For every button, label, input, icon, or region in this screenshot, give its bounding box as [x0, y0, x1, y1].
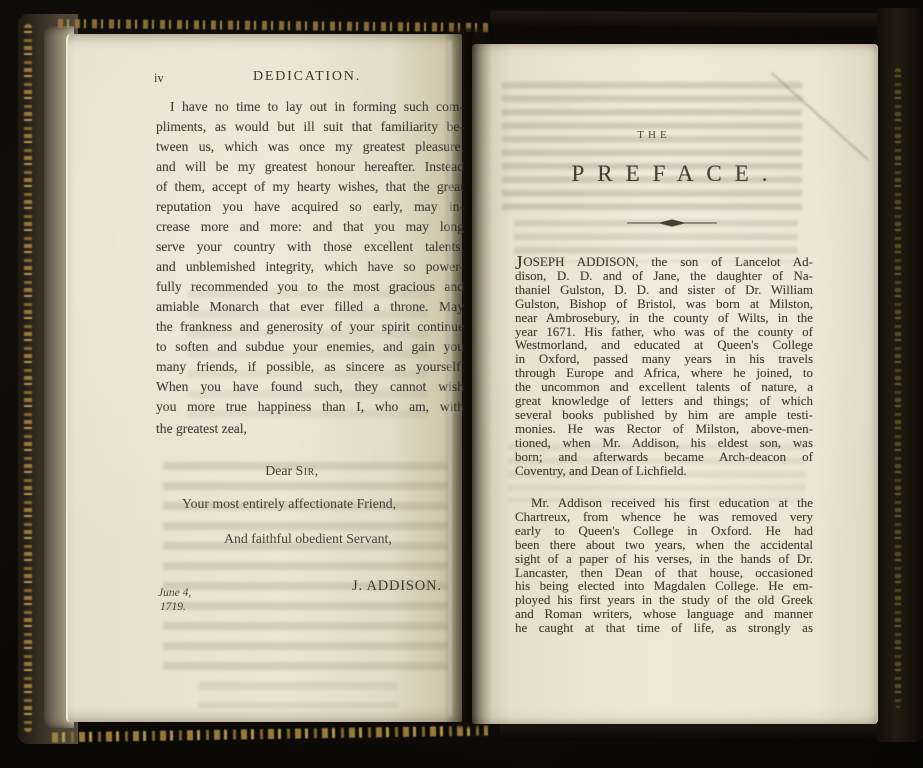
signature: J. ADDISON. — [352, 578, 442, 595]
page-showthrough — [198, 682, 398, 708]
preface-paragraph-1-last-line: Coventry, and Dean of Lichfield. — [515, 464, 687, 478]
dedication-body-last-line: the greatest zeal, — [156, 419, 247, 439]
gilt-tooling-border-bottom — [52, 726, 488, 743]
drop-cap-initial: J — [515, 252, 523, 274]
ornamental-rule-graphic — [626, 218, 718, 228]
top-cover-edge-right — [490, 11, 890, 28]
page-showthrough — [502, 82, 802, 212]
preface-paragraph-1: JOSEPH ADDISON, the son of Lancelot Ad- … — [515, 255, 813, 464]
page-showthrough — [163, 462, 448, 674]
half-title: THE — [505, 129, 803, 141]
salutation-word: Dear — [265, 463, 292, 478]
page-crease — [771, 72, 869, 160]
paragraph-1-lines: OSEPH ADDISON, the son of Lancelot Ad- d… — [515, 254, 813, 464]
running-header: DEDICATION. — [153, 69, 461, 85]
preface-paragraph-2: Mr. Addison received his first education… — [515, 496, 813, 635]
right-cover-edge — [877, 8, 923, 742]
valediction-line-2: And faithful obedient Servant, — [224, 531, 392, 547]
gilt-tooling-border-left — [24, 24, 32, 732]
left-page: iv DEDICATION. I have no time to lay out… — [66, 34, 462, 722]
gilt-tooling-border-right — [895, 68, 901, 708]
ornamental-rule — [523, 215, 821, 233]
date-line-1: June 4, — [158, 587, 191, 599]
preface-title: PREFACE. — [527, 161, 825, 187]
salutation-word-smallcaps: Sir, — [296, 463, 319, 478]
salutation: Dear Sir, — [138, 463, 446, 479]
valediction-line-1: Your most entirely affectionate Friend, — [182, 496, 396, 512]
bottom-cover-edge-right — [500, 724, 890, 740]
dedication-body: I have no time to lay out in forming suc… — [156, 97, 464, 417]
right-page: THE PREFACE. JOSEPH ADDISON, the son of … — [472, 44, 878, 724]
date-line-2: 1719. — [160, 601, 186, 613]
gilt-tooling-border-top — [58, 19, 488, 32]
book-photograph: iv DEDICATION. I have no time to lay out… — [0, 0, 923, 768]
